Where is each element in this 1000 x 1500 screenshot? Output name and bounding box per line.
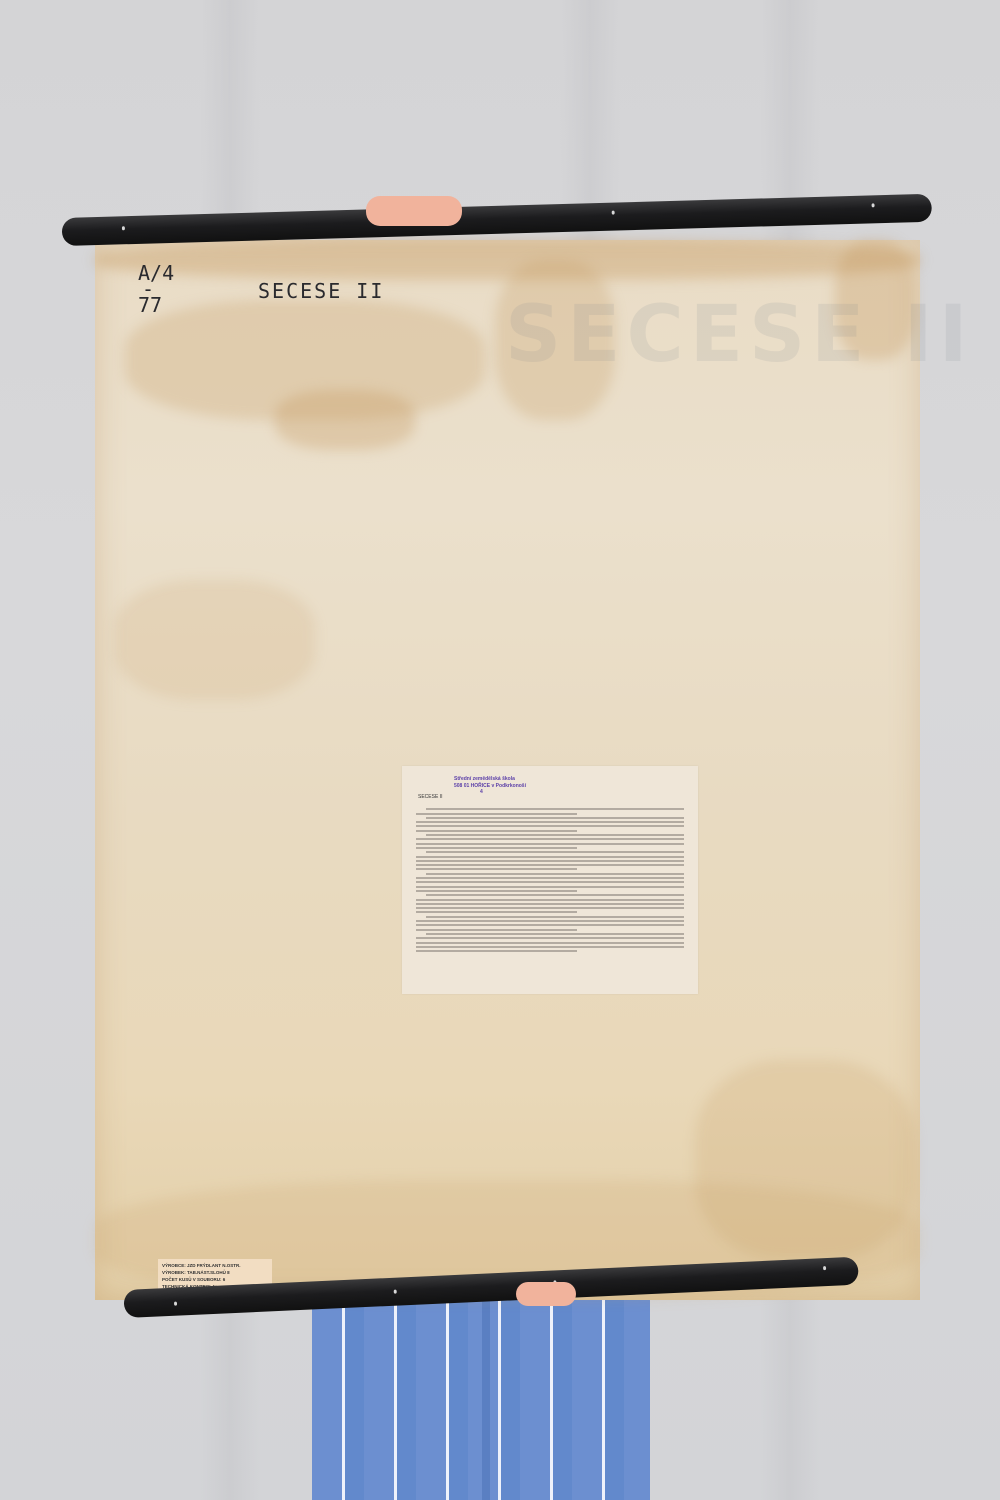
- label-body-text: [416, 806, 684, 954]
- show-through-front-title: SECESE II: [505, 290, 974, 380]
- hand-bottom: [516, 1282, 576, 1306]
- trousers-button-placket: [482, 1300, 490, 1500]
- maker-tag-line: VÝROBCE: JZD FRÝDLANT N.OSTR.: [162, 1262, 268, 1269]
- label-heading: SECESE II: [418, 794, 442, 800]
- description-label-sheet: Střední zemědělská škola 508 01 HOŘICE v…: [402, 766, 698, 994]
- striped-trousers: [312, 1290, 650, 1500]
- school-stamp-number: 4: [480, 789, 483, 795]
- handwritten-title: SECESE II: [258, 279, 384, 303]
- handwritten-code: A/4 - 77: [138, 265, 158, 313]
- hand-top: [366, 196, 462, 226]
- maker-tag-line: VÝROBEK: TAB.NÁST.SLOHŮ 8: [162, 1269, 268, 1276]
- school-stamp-name: Střední zemědělská škola: [454, 776, 515, 782]
- maker-tag-line: POČET KUSŮ V SOUBORU: 6: [162, 1276, 268, 1283]
- school-stamp-address: 508 01 HOŘICE v Podkrkonoší: [454, 783, 526, 789]
